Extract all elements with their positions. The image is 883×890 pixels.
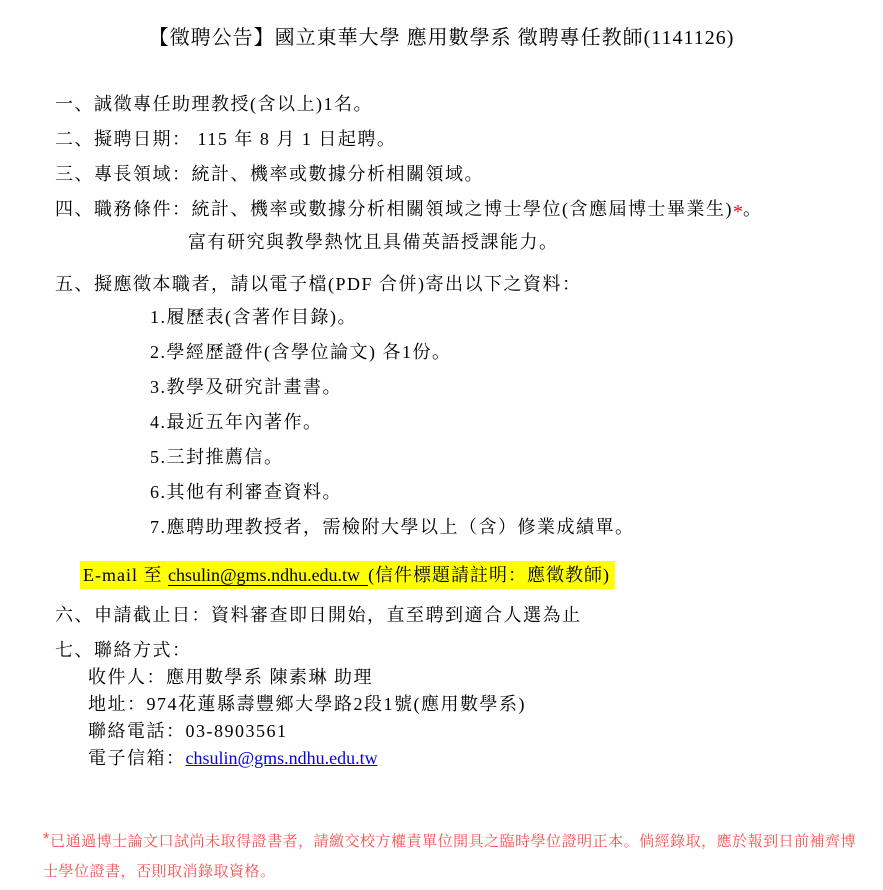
sub-text: 履歷表(含著作目錄)。 [167, 307, 358, 327]
contact-phone-line: 聯絡電話：03-8903561 [88, 721, 883, 741]
contact-recipient-line: 收件人：應用數學系 陳素琳 助理 [88, 667, 883, 687]
document-item-4: 4.最近五年內著作。 [150, 412, 883, 432]
item-number: 七、 [55, 640, 94, 660]
list-item-3: 三、專長領域：統計、機率或數據分析相關領域。 [55, 164, 883, 184]
list-item-2: 二、擬聘日期： 115 年 8 月 1 日起聘。 [55, 129, 883, 149]
footnote-text: *已通過博士論文口試尚未取得證書者，請繳交校方權責單位開具之臨時學位證明正本。倘… [43, 824, 863, 887]
sub-text: 教學及研究計畫書。 [167, 377, 343, 397]
list-item-7: 七、聯絡方式： [55, 640, 883, 660]
page-title: 【徵聘公告】國立東華大學 應用數學系 徵聘專任教師(1141126) [0, 0, 883, 50]
sub-text: 其他有利審查資料。 [167, 482, 343, 502]
sub-number: 6. [150, 482, 167, 502]
address-value: 974花蓮縣壽豐鄉大學路2段1號(應用數學系) [147, 694, 527, 714]
footnote-asterisk: * [733, 201, 743, 223]
required-documents-list: 1.履歷表(含著作目錄)。 2.學經歷證件(含學位論文) 各1份。 3.教學及研… [55, 307, 883, 537]
document-item-7: 7.應聘助理教授者，需檢附大學以上（含）修業成績單。 [150, 517, 883, 537]
sub-text: 最近五年內著作。 [167, 412, 323, 432]
banner-prefix: E-mail 至 [83, 565, 168, 585]
item-number: 四、 [55, 199, 94, 219]
item-text: 擬聘日期： 115 年 8 月 1 日起聘。 [94, 129, 396, 149]
phone-label: 聯絡電話： [88, 721, 186, 741]
email-highlight-banner: E-mail 至 chsulin@gms.ndhu.edu.tw(信件標題請註明… [80, 561, 615, 589]
item-text: 專長領域：統計、機率或數據分析相關領域。 [94, 164, 484, 184]
phone-value: 03-8903561 [186, 721, 288, 741]
item-text: 聯絡方式： [94, 640, 192, 660]
contact-email-line: 電子信箱：chsulin@gms.ndhu.edu.tw [88, 748, 883, 768]
sub-number: 1. [150, 307, 167, 327]
recipient-label: 收件人： [88, 667, 166, 687]
recipient-value: 應用數學系 陳素琳 助理 [166, 667, 373, 687]
item-number: 二、 [55, 129, 94, 149]
item-number: 六、 [55, 605, 94, 625]
banner-suffix: (信件標題請註明：應徵教師) [368, 565, 610, 585]
item-text: 職務條件：統計、機率或數據分析相關領域之博士學位(含應屆博士畢業生) [94, 199, 733, 219]
contact-address-line: 地址：974花蓮縣壽豐鄉大學路2段1號(應用數學系) [88, 694, 883, 714]
item-text: 誠徵專任助理教授(含以上)1名。 [94, 94, 373, 114]
address-label: 地址： [88, 694, 147, 714]
sub-text: 學經歷證件(含學位論文) 各1份。 [167, 342, 452, 362]
sub-number: 4. [150, 412, 167, 432]
email-label: 電子信箱： [88, 748, 186, 768]
sub-number: 5. [150, 447, 167, 467]
item-number: 五、 [55, 274, 94, 294]
announcement-body: 一、誠徵專任助理教授(含以上)1名。 二、擬聘日期： 115 年 8 月 1 日… [55, 94, 883, 768]
item-text-period: 。 [743, 199, 763, 219]
recruitment-announcement: 【徵聘公告】國立東華大學 應用數學系 徵聘專任教師(1141126) 一、誠徵專… [0, 0, 883, 890]
list-item-6: 六、申請截止日：資料審查即日開始，直至聘到適合人選為止 [55, 605, 883, 625]
banner-email-address[interactable]: chsulin@gms.ndhu.edu.tw [168, 565, 368, 586]
item-text: 擬應徵本職者，請以電子檔(PDF 合併)寄出以下之資料： [94, 274, 582, 294]
sub-number: 3. [150, 377, 167, 397]
document-item-3: 3.教學及研究計畫書。 [150, 377, 883, 397]
sub-text: 應聘助理教授者，需檢附大學以上（含）修業成績單。 [167, 517, 635, 537]
email-banner-row: E-mail 至 chsulin@gms.ndhu.edu.tw(信件標題請註明… [80, 561, 883, 589]
contact-info-block: 收件人：應用數學系 陳素琳 助理 地址：974花蓮縣壽豐鄉大學路2段1號(應用數… [88, 667, 883, 768]
item-text: 申請截止日：資料審查即日開始，直至聘到適合人選為止 [94, 605, 582, 625]
sub-number: 2. [150, 342, 167, 362]
contact-email-link[interactable]: chsulin@gms.ndhu.edu.tw [186, 748, 378, 768]
list-item-4: 四、職務條件：統計、機率或數據分析相關領域之博士學位(含應屆博士畢業生)*。 富… [55, 199, 883, 252]
document-item-1: 1.履歷表(含著作目錄)。 [150, 307, 883, 327]
sub-text: 三封推薦信。 [167, 447, 284, 467]
item-4-continuation: 富有研究與教學熱忱且具備英語授課能力。 [188, 232, 883, 252]
list-item-5: 五、擬應徵本職者，請以電子檔(PDF 合併)寄出以下之資料： [55, 274, 883, 294]
document-item-6: 6.其他有利審查資料。 [150, 482, 883, 502]
footnote-body: 已通過博士論文口試尚未取得證書者，請繳交校方權責單位開具之臨時學位證明正本。倘經… [43, 833, 856, 880]
item-number: 一、 [55, 94, 94, 114]
sub-number: 7. [150, 517, 167, 537]
document-item-5: 5.三封推薦信。 [150, 447, 883, 467]
document-item-2: 2.學經歷證件(含學位論文) 各1份。 [150, 342, 883, 362]
list-item-1: 一、誠徵專任助理教授(含以上)1名。 [55, 94, 883, 114]
item-number: 三、 [55, 164, 94, 184]
